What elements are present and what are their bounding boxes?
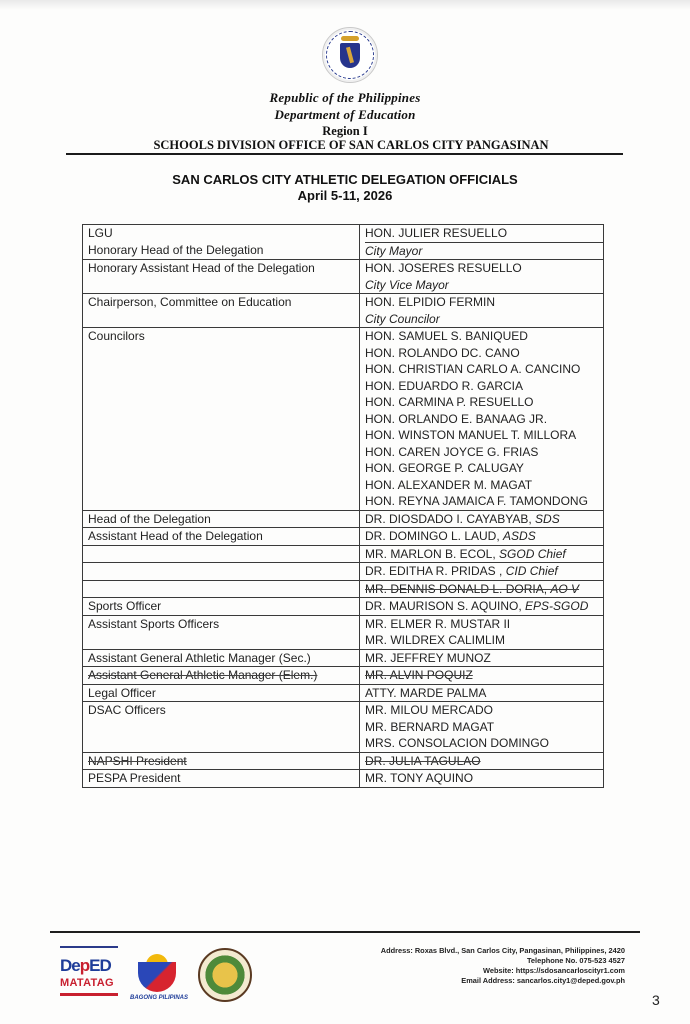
name-text: MRS. CONSOLACION DOMINGO [365, 736, 549, 750]
role-label: Assistant General Athletic Manager (Elem… [88, 667, 359, 684]
name-text: HON. CAREN JOYCE G. FRIAS [365, 445, 538, 459]
designation-suffix: AO V [550, 582, 579, 596]
official-name: MR. WILDREX CALIMLIM [365, 632, 603, 649]
role-cell [83, 545, 360, 563]
name-text: HON. SAMUEL S. BANIQUED [365, 329, 528, 343]
official-name: HON. ORLANDO E. BANAAG JR. [365, 411, 603, 428]
footer-email[interactable]: Email Address: sancarlos.city1@deped.gov… [381, 976, 625, 986]
official-name: DR. JULIA TAGULAO [365, 753, 603, 770]
official-name: MR. ALVIN POQUIZ [365, 667, 603, 684]
table-row: Legal OfficerATTY. MARDE PALMA [83, 684, 604, 702]
role-label: Honorary Assistant Head of the Delegatio… [88, 260, 359, 277]
role-label: Chairperson, Committee on Education [88, 294, 359, 311]
official-name: MR. ELMER R. MUSTAR II [365, 616, 603, 633]
name-cell: HON. ELPIDIO FERMINCity Councilor [360, 294, 604, 328]
name-text: DR. EDITHA R. PRIDAS , [365, 564, 506, 578]
role-cell: DSAC Officers [83, 702, 360, 753]
bagong-pilipinas-logo: BAGONG PILIPINAS [132, 948, 184, 1004]
role-cell: PESPA President [83, 770, 360, 788]
role-cell: Assistant Sports Officers [83, 615, 360, 649]
official-title: City Councilor [365, 311, 603, 328]
official-title: City Mayor [365, 242, 603, 260]
official-name: MR. MARLON B. ECOL, SGOD Chief [365, 546, 603, 563]
name-text: MR. BERNARD MAGAT [365, 720, 494, 734]
official-name: HON. GEORGE P. CALUGAY [365, 460, 603, 477]
role-cell: Legal Officer [83, 684, 360, 702]
deped-wordmark: DepED [60, 956, 111, 976]
footer-divider [50, 931, 640, 933]
matatag-underline [60, 993, 118, 996]
scan-edge-shadow [0, 0, 690, 10]
official-name: HON. JULIER RESUELLO [365, 225, 603, 242]
name-text: MR. ELMER R. MUSTAR II [365, 617, 510, 631]
name-text: HON. CARMINA P. RESUELLO [365, 395, 534, 409]
name-cell: MR. MARLON B. ECOL, SGOD Chief [360, 545, 604, 563]
name-text: HON. ALEXANDER M. MAGAT [365, 478, 532, 492]
name-cell: MR. MILOU MERCADOMR. BERNARD MAGATMRS. C… [360, 702, 604, 753]
official-name: MR. BERNARD MAGAT [365, 719, 603, 736]
name-cell: DR. JULIA TAGULAO [360, 752, 604, 770]
name-text: HON. ELPIDIO FERMIN [365, 295, 495, 309]
designation-suffix: CID Chief [506, 564, 558, 578]
table-row: Sports OfficerDR. MAURISON S. AQUINO, EP… [83, 598, 604, 616]
official-name: DR. DOMINGO L. LAUD, ASDS [365, 528, 603, 545]
official-name: MRS. CONSOLACION DOMINGO [365, 735, 603, 752]
name-text: HON. ORLANDO E. BANAAG JR. [365, 412, 547, 426]
role-label: LGU [88, 225, 359, 242]
division-office-line: SCHOOLS DIVISION OFFICE OF SAN CARLOS CI… [6, 138, 690, 153]
name-cell: HON. SAMUEL S. BANIQUEDHON. ROLANDO DC. … [360, 328, 604, 511]
role-cell: Sports Officer [83, 598, 360, 616]
official-name: HON. ROLANDO DC. CANO [365, 345, 603, 362]
table-row: Assistant General Athletic Manager (Elem… [83, 667, 604, 685]
name-text: MR. JEFFREY MUNOZ [365, 651, 491, 665]
table-row: MR. MARLON B. ECOL, SGOD Chief [83, 545, 604, 563]
name-text: MR. TONY AQUINO [365, 771, 473, 785]
footer-telephone: Telephone No. 075-523 4527 [381, 956, 625, 966]
department-line: Department of Education [0, 107, 690, 123]
matatag-wordmark: MATATAG [60, 977, 114, 989]
official-name: DR. MAURISON S. AQUINO, EPS-SGOD [365, 598, 603, 615]
deped-wordmark-text: DepED [60, 956, 111, 975]
name-text: MR. MARLON B. ECOL, [365, 547, 499, 561]
deped-seal-icon [322, 27, 378, 83]
table-row: Chairperson, Committee on EducationHON. … [83, 294, 604, 328]
header-divider [66, 153, 623, 155]
official-name: HON. CHRISTIAN CARLO A. CANCINO [365, 361, 603, 378]
official-name: MR. JEFFREY MUNOZ [365, 650, 603, 667]
role-cell: Assistant Head of the Delegation [83, 528, 360, 546]
name-cell: ATTY. MARDE PALMA [360, 684, 604, 702]
name-cell: HON. JULIER RESUELLOCity Mayor [360, 225, 604, 260]
designation-suffix: ASDS [503, 529, 536, 543]
name-text: HON. JULIER RESUELLO [365, 226, 507, 240]
name-text: HON. CHRISTIAN CARLO A. CANCINO [365, 362, 580, 376]
role-cell: Assistant General Athletic Manager (Sec.… [83, 649, 360, 667]
role-label: Assistant Head of the Delegation [88, 528, 359, 545]
bagong-pilipinas-label: BAGONG PILIPINAS [130, 995, 188, 1001]
name-text: MR. MILOU MERCADO [365, 703, 493, 717]
document-date: April 5-11, 2026 [0, 188, 690, 203]
official-name: MR. MILOU MERCADO [365, 702, 603, 719]
role-label: DSAC Officers [88, 702, 359, 719]
name-cell: DR. MAURISON S. AQUINO, EPS-SGOD [360, 598, 604, 616]
role-label [88, 581, 359, 598]
role-label: NAPSHI President [88, 753, 359, 770]
table-row: LGUHonorary Head of the DelegationHON. J… [83, 225, 604, 260]
official-name: HON. CAREN JOYCE G. FRIAS [365, 444, 603, 461]
official-name: HON. CARMINA P. RESUELLO [365, 394, 603, 411]
name-cell: MR. JEFFREY MUNOZ [360, 649, 604, 667]
role-cell: Chairperson, Committee on Education [83, 294, 360, 328]
table-row: MR. DENNIS DONALD L. DORIA, AO V [83, 580, 604, 598]
role-cell: Honorary Assistant Head of the Delegatio… [83, 260, 360, 294]
footer-address: Address: Roxas Blvd., San Carlos City, P… [381, 946, 625, 956]
name-cell: MR. ELMER R. MUSTAR IIMR. WILDREX CALIML… [360, 615, 604, 649]
seal-shield [340, 43, 360, 68]
table-row: CouncilorsHON. SAMUEL S. BANIQUEDHON. RO… [83, 328, 604, 511]
name-text: DR. JULIA TAGULAO [365, 754, 481, 768]
role-label: Assistant General Athletic Manager (Sec.… [88, 650, 359, 667]
role-cell: NAPSHI President [83, 752, 360, 770]
role-label: Councilors [88, 328, 359, 345]
name-text: HON. REYNA JAMAICA F. TAMONDONG [365, 494, 588, 508]
role-label [88, 546, 359, 563]
designation-suffix: EPS-SGOD [525, 599, 588, 613]
footer-contact: Address: Roxas Blvd., San Carlos City, P… [381, 946, 625, 986]
name-cell: DR. EDITHA R. PRIDAS , CID Chief [360, 563, 604, 581]
role-label: Sports Officer [88, 598, 359, 615]
official-name: HON. JOSERES RESUELLO [365, 260, 603, 277]
page-number: 3 [652, 992, 660, 1008]
designation-suffix: SDS [535, 512, 560, 526]
region-line: Region I [0, 124, 690, 139]
role-label: Legal Officer [88, 685, 359, 702]
role-label: PESPA President [88, 770, 359, 787]
name-text: HON. ROLANDO DC. CANO [365, 346, 520, 360]
official-name: DR. DIOSDADO I. CAYABYAB, SDS [365, 511, 603, 528]
official-name: HON. WINSTON MANUEL T. MILLORA [365, 427, 603, 444]
sdo-san-carlos-seal-icon [198, 948, 252, 1002]
role-cell [83, 563, 360, 581]
role-label: Assistant Sports Officers [88, 616, 359, 633]
deped-matatag-logo: DepED MATATAG [60, 946, 118, 1002]
document-title: SAN CARLOS CITY ATHLETIC DELEGATION OFFI… [0, 172, 690, 187]
official-name: HON. SAMUEL S. BANIQUED [365, 328, 603, 345]
name-text: MR. ALVIN POQUIZ [365, 668, 473, 682]
role-label: Head of the Delegation [88, 511, 359, 528]
table-row: Head of the DelegationDR. DIOSDADO I. CA… [83, 510, 604, 528]
role-cell: Councilors [83, 328, 360, 511]
deped-logo-bar [60, 946, 118, 948]
table-row: DSAC OfficersMR. MILOU MERCADOMR. BERNAR… [83, 702, 604, 753]
name-text: DR. DOMINGO L. LAUD, [365, 529, 503, 543]
republic-line: Republic of the Philippines [0, 90, 690, 106]
name-cell: MR. TONY AQUINO [360, 770, 604, 788]
role-cell [83, 580, 360, 598]
official-name: HON. REYNA JAMAICA F. TAMONDONG [365, 493, 603, 510]
table-row: Assistant Head of the DelegationDR. DOMI… [83, 528, 604, 546]
name-cell: DR. DOMINGO L. LAUD, ASDS [360, 528, 604, 546]
name-cell: MR. DENNIS DONALD L. DORIA, AO V [360, 580, 604, 598]
delegation-table: LGUHonorary Head of the DelegationHON. J… [82, 224, 604, 788]
role-label [88, 563, 359, 580]
name-text: HON. WINSTON MANUEL T. MILLORA [365, 428, 576, 442]
name-text: City Vice Mayor [365, 278, 449, 292]
official-name: ATTY. MARDE PALMA [365, 685, 603, 702]
name-cell: HON. JOSERES RESUELLOCity Vice Mayor [360, 260, 604, 294]
name-text: MR. DENNIS DONALD L. DORIA, [365, 582, 550, 596]
official-name: MR. TONY AQUINO [365, 770, 603, 787]
table-row: PESPA PresidentMR. TONY AQUINO [83, 770, 604, 788]
role-cell: LGUHonorary Head of the Delegation [83, 225, 360, 260]
official-name: HON. ALEXANDER M. MAGAT [365, 477, 603, 494]
name-text: DR. MAURISON S. AQUINO, [365, 599, 525, 613]
table-row: Assistant Sports OfficersMR. ELMER R. MU… [83, 615, 604, 649]
bagong-pilipinas-emblem [138, 962, 176, 992]
role-cell: Assistant General Athletic Manager (Elem… [83, 667, 360, 685]
table-row: Assistant General Athletic Manager (Sec.… [83, 649, 604, 667]
official-name: HON. EDUARDO R. GARCIA [365, 378, 603, 395]
name-text: HON. EDUARDO R. GARCIA [365, 379, 523, 393]
footer-website[interactable]: Website: https://sdosancarloscityr1.com [381, 966, 625, 976]
table-row: NAPSHI President DR. JULIA TAGULAO [83, 752, 604, 770]
name-text: ATTY. MARDE PALMA [365, 686, 486, 700]
name-text: MR. WILDREX CALIMLIM [365, 633, 505, 647]
role-label: Honorary Head of the Delegation [88, 242, 359, 259]
official-name: DR. EDITHA R. PRIDAS , CID Chief [365, 563, 603, 580]
name-cell: DR. DIOSDADO I. CAYABYAB, SDS [360, 510, 604, 528]
official-name: HON. ELPIDIO FERMIN [365, 294, 603, 311]
name-text: DR. DIOSDADO I. CAYABYAB, [365, 512, 535, 526]
official-name: MR. DENNIS DONALD L. DORIA, AO V [365, 581, 603, 598]
name-cell: MR. ALVIN POQUIZ [360, 667, 604, 685]
table-row: Honorary Assistant Head of the Delegatio… [83, 260, 604, 294]
name-text: HON. GEORGE P. CALUGAY [365, 461, 524, 475]
seal-torch [341, 36, 359, 41]
designation-suffix: SGOD Chief [499, 547, 566, 561]
name-text: City Mayor [365, 244, 422, 258]
name-text: HON. JOSERES RESUELLO [365, 261, 522, 275]
official-title: City Vice Mayor [365, 277, 603, 294]
table-row: DR. EDITHA R. PRIDAS , CID Chief [83, 563, 604, 581]
name-text: City Councilor [365, 312, 440, 326]
role-cell: Head of the Delegation [83, 510, 360, 528]
